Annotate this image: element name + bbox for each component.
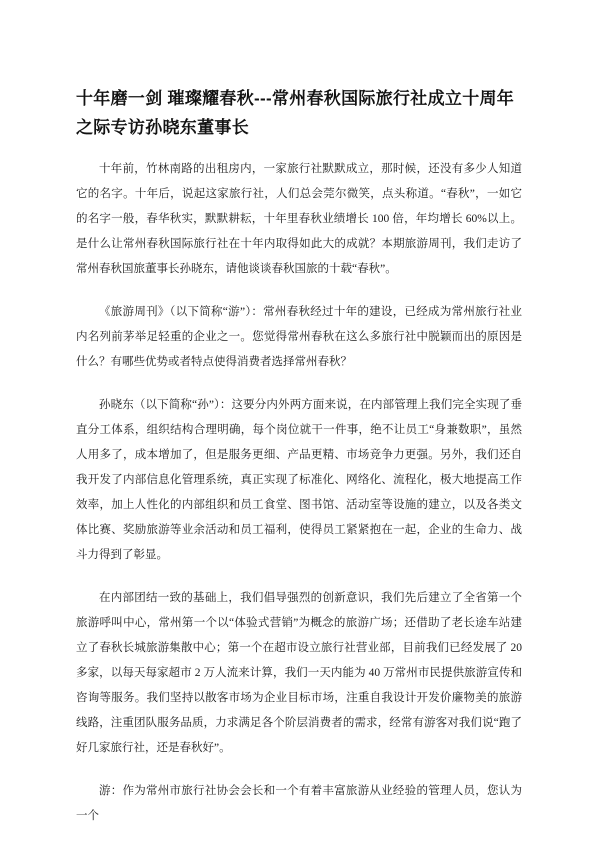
document-title: 十年磨一剑 璀璨耀春秋---常州春秋国际旅行社成立十周年之际专访孙晓东董事长 [76, 84, 522, 142]
paragraph-interviewer-question-1: 《旅游周刊》（以下简称“游”）：常州春秋经过十年的建设，已经成为常州旅行社业内名… [76, 300, 522, 375]
paragraph-interviewee-answer-1a: 孙晓东（以下简称“孙”）：这要分内外两方面来说，在内部管理上我们完全实现了垂直分… [76, 393, 522, 568]
paragraph-interviewer-question-2: 游：作为常州市旅行社协会会长和一个有着丰富旅游从业经验的管理人员，您认为一个 [76, 779, 522, 829]
paragraph-intro: 十年前，竹林南路的出租房内，一家旅行社默默成立，那时候，还没有多少人知道它的名字… [76, 157, 522, 282]
document-page: 十年磨一剑 璀璨耀春秋---常州春秋国际旅行社成立十周年之际专访孙晓东董事长 十… [0, 0, 595, 842]
paragraph-interviewee-answer-1b: 在内部团结一致的基础上，我们倡导强烈的创新意识，我们先后建立了全省第一个旅游呼叫… [76, 586, 522, 761]
